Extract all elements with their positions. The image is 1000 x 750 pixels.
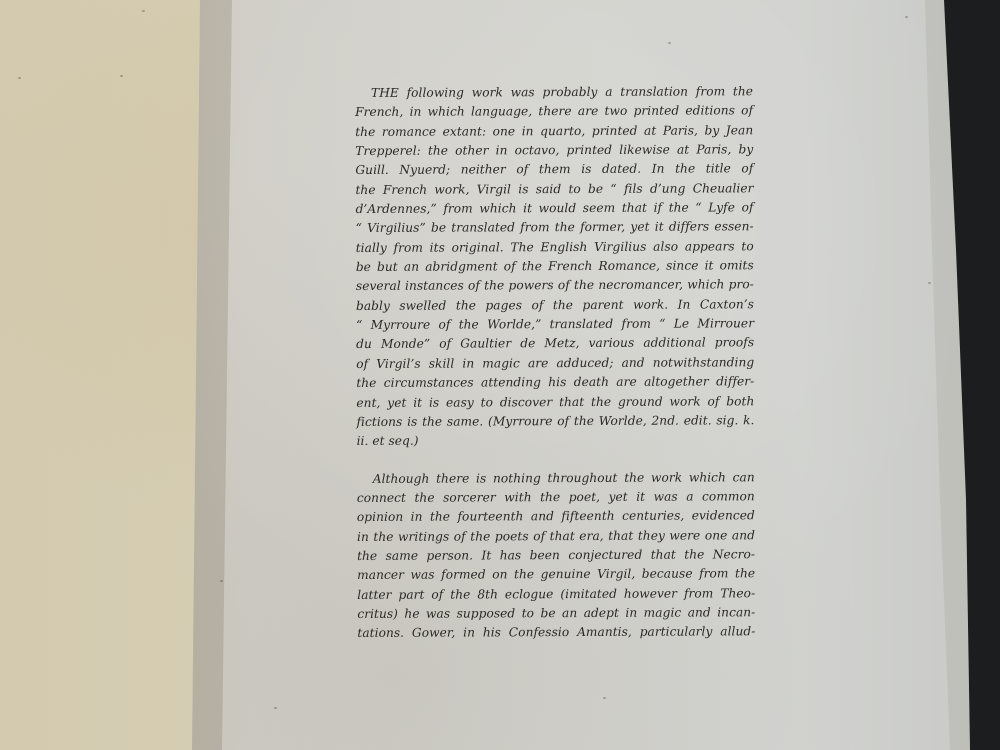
text-line: the romance extant: one in quarto, print… bbox=[355, 121, 753, 142]
paragraph-2: Although there is nothing throughout the… bbox=[357, 468, 756, 644]
page-text-block: THE following work was probably a transl… bbox=[355, 82, 755, 643]
text-line: opinion in the fourteenth and fifteenth … bbox=[357, 506, 755, 527]
text-line: be but an abridgment of the French Roman… bbox=[356, 256, 754, 277]
text-line: Although there is nothing throughout the… bbox=[357, 468, 755, 489]
text-line: the French work, Virgil is said to be “ … bbox=[355, 179, 753, 200]
text-line: French, in which language, there are two… bbox=[355, 102, 753, 123]
text-line: of Virgil’s skill in magic are adduced; … bbox=[356, 353, 754, 374]
text-line: d’Ardennes,” from which it would seem th… bbox=[356, 198, 754, 219]
text-line: “ Virgilius” be translated from the form… bbox=[356, 218, 754, 239]
paragraph-spacer bbox=[357, 450, 755, 470]
paper-speck bbox=[668, 42, 671, 44]
paper-speck bbox=[120, 75, 123, 77]
text-line: the circumstances attending his death ar… bbox=[356, 372, 754, 393]
text-line: ii. et seq.) bbox=[357, 430, 755, 451]
text-line: in the writings of the poets of that era… bbox=[357, 526, 755, 547]
text-line: ent, yet it is easy to discover that the… bbox=[356, 392, 754, 413]
text-line: “ Myrroure of the Worlde,” translated fr… bbox=[356, 314, 754, 335]
text-line: mancer was formed on the genuine Virgil,… bbox=[357, 565, 755, 586]
paper-speck bbox=[18, 77, 21, 79]
text-line: critus) he was supposed to be an adept i… bbox=[357, 603, 755, 624]
text-line: du Monde” of Gaultier de Metz, various a… bbox=[356, 334, 754, 355]
text-line: latter part of the 8th eclogue (imitated… bbox=[357, 584, 755, 605]
paper-speck bbox=[603, 697, 606, 699]
text-line: Trepperel: the other in octavo, printed … bbox=[355, 140, 753, 161]
paper-speck bbox=[142, 10, 145, 12]
text-line: the same person. It has been conjectured… bbox=[357, 545, 755, 566]
paper-speck bbox=[274, 707, 277, 709]
paper-speck bbox=[220, 580, 223, 582]
text-line: Guill. Nyuerd; neither of them is dated.… bbox=[355, 160, 753, 181]
text-line: fictions is the same. (Myrroure of the W… bbox=[356, 411, 754, 432]
paragraph-1: THE following work was probably a transl… bbox=[355, 82, 755, 451]
text-line: tially from its original. The English Vi… bbox=[356, 237, 754, 258]
paper-speck bbox=[928, 282, 931, 284]
text-line: THE following work was probably a transl… bbox=[355, 82, 753, 103]
text-line: several instances of the powers of the n… bbox=[356, 276, 754, 297]
text-line: bably swelled the pages of the parent wo… bbox=[356, 295, 754, 316]
paper-speck bbox=[905, 16, 908, 18]
text-line: tations. Gower, in his Confessio Amantis… bbox=[357, 623, 755, 644]
text-line: connect the sorcerer with the poet, yet … bbox=[357, 487, 755, 508]
